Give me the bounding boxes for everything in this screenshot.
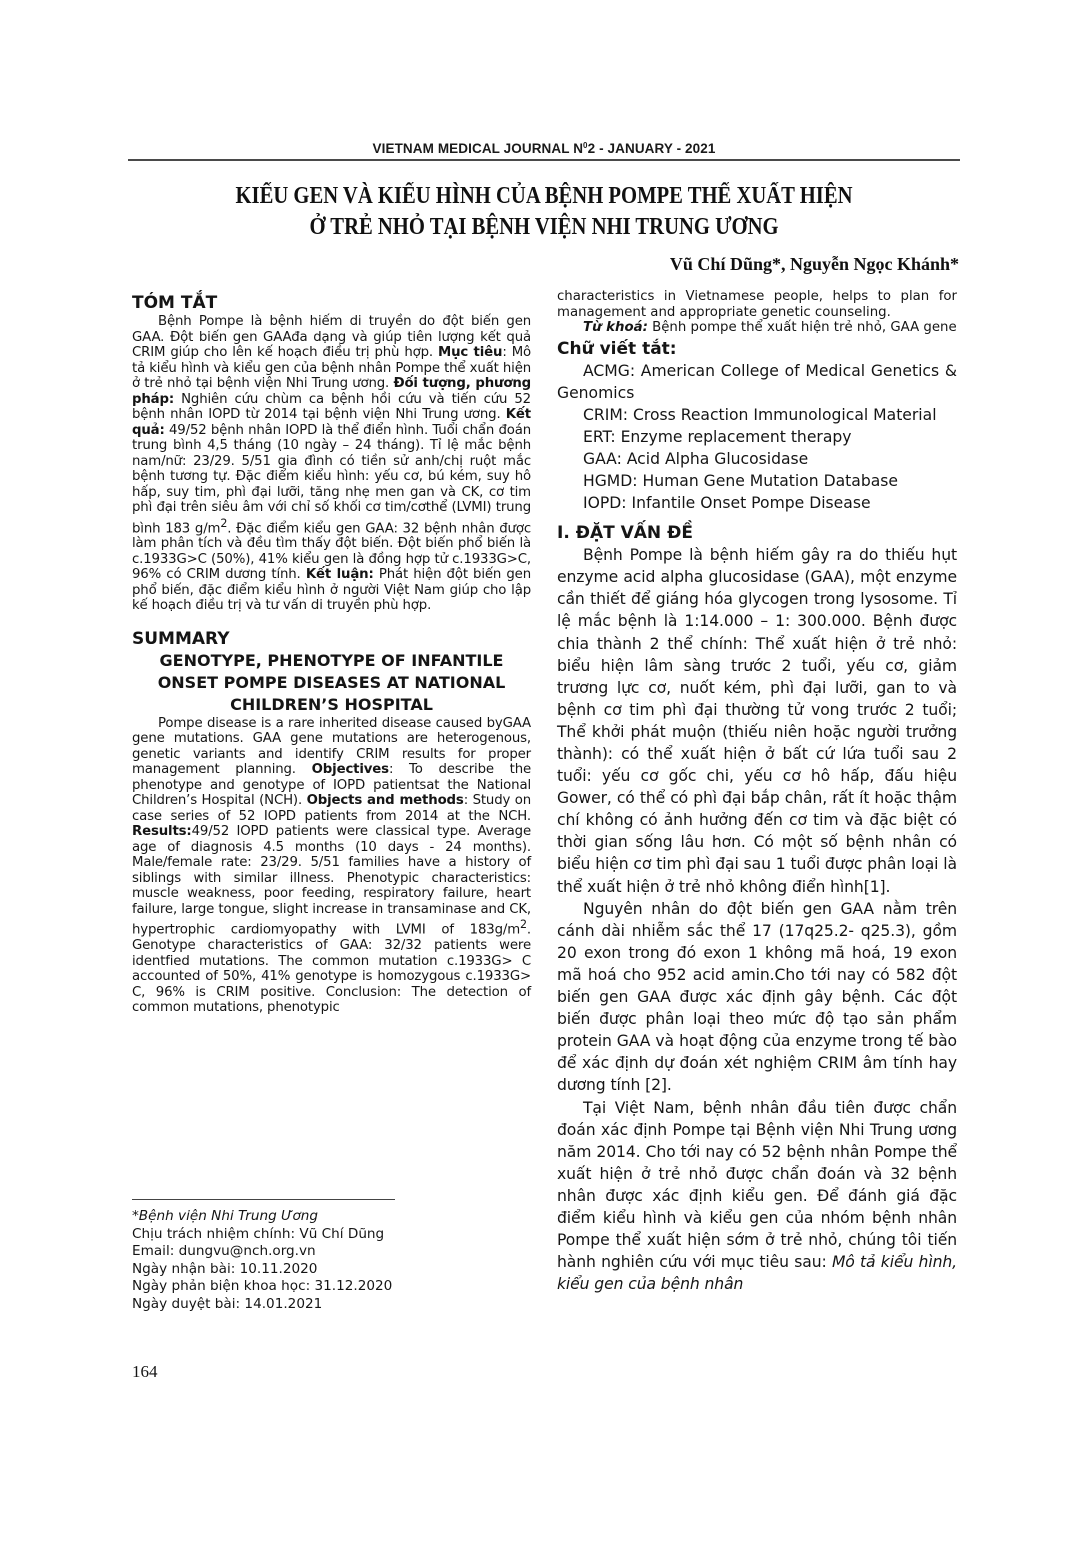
abstract-vi-paragraph: Bệnh Pompe là bệnh hiếm di truyền do đột… (132, 314, 531, 614)
abbreviation-item: CRIM: Cross Reaction Immunological Mater… (557, 404, 957, 426)
results-label-en: Results: (132, 824, 192, 839)
summary-continuation: characteristics in Vietnamese people, he… (557, 289, 957, 320)
reviewed-date: Ngày phản biện khoa học: 31.12.2020 (132, 1278, 392, 1296)
accepted-date: Ngày duyệt bài: 14.01.2021 (132, 1296, 392, 1314)
objectives-label: Objectives (312, 762, 389, 777)
abbreviation-item: ACMG: American College of Medical Geneti… (557, 360, 957, 404)
running-header: VIETNAM MEDICAL JOURNAL N02 - JANUARY - … (128, 141, 960, 156)
section-1-paragraph-3: Tại Việt Nam, bệnh nhân đầu tiên được ch… (557, 1097, 957, 1296)
footnotes: *Bệnh viện Nhi Trung Ương Chịu trách nhi… (132, 1208, 392, 1314)
objective-label: Mục tiêu (438, 345, 502, 360)
abbreviations-list: ACMG: American College of Medical Geneti… (557, 360, 957, 515)
paragraph-3-text: Tại Việt Nam, bệnh nhân đầu tiên được ch… (557, 1099, 957, 1272)
authors: Vũ Chí Dũng*, Nguyễn Ngọc Khánh* (670, 254, 959, 275)
page-number: 164 (132, 1362, 158, 1382)
left-column: TÓM TẮT Bệnh Pompe là bệnh hiếm di truyề… (132, 292, 531, 1016)
abbreviation-item: GAA: Acid Alpha Glucosidase (557, 448, 957, 470)
section-1-paragraph-1: Bệnh Pompe là bệnh hiếm gây ra do thiếu … (557, 544, 957, 898)
abbreviation-item: ERT: Enzyme replacement therapy (557, 426, 957, 448)
abstract-vi-heading: TÓM TẮT (132, 292, 531, 314)
journal-name: VIETNAM MEDICAL JOURNAL N (373, 141, 584, 156)
title-line-2: Ở TRẺ NHỎ TẠI BỆNH VIỆN NHI TRUNG ƯƠNG (186, 212, 902, 243)
section-1-paragraph-2: Nguyên nhân do đột biến gen GAA nằm trên… (557, 898, 957, 1097)
corresponding-author: Chịu trách nhiệm chính: Vũ Chí Dũng (132, 1226, 392, 1244)
footnote-rule (132, 1199, 395, 1200)
results-text: 49/52 bệnh nhân IOPD là thể điển hình. T… (132, 423, 531, 536)
journal-page: VIETNAM MEDICAL JOURNAL N02 - JANUARY - … (0, 0, 1090, 1541)
header-rule (128, 159, 960, 161)
abbreviation-item: HGMD: Human Gene Mutation Database (557, 470, 957, 492)
title-line-1: KIỂU GEN VÀ KIỂU HÌNH CỦA BỆNH POMPE THỂ… (186, 181, 902, 212)
abbreviation-item: IOPD: Infantile Onset Pompe Disease (557, 492, 957, 514)
conclusion-label: Kết luận: (306, 567, 374, 582)
keywords: Từ khoá: Bệnh pompe thể xuất hiện trẻ nh… (557, 320, 957, 336)
summary-heading: SUMMARY (132, 628, 531, 650)
section-1-heading: I. ĐẶT VẤN ĐỀ (557, 522, 957, 544)
email: Email: dungvu@nch.org.vn (132, 1243, 392, 1261)
keywords-label: Từ khoá: (583, 320, 648, 335)
results-text-en: 49/52 IOPD patients were classical type.… (132, 824, 531, 937)
affiliation: *Bệnh viện Nhi Trung Ương (132, 1208, 392, 1226)
methods-text: Nghiên cứu chùm ca bệnh hồi cứu và tiến … (132, 392, 531, 423)
abstract-en-paragraph: Pompe disease is a rare inherited diseas… (132, 716, 531, 1016)
right-column: characteristics in Vietnamese people, he… (557, 289, 957, 1295)
keywords-text: Bệnh pompe thể xuất hiện trẻ nhỏ, GAA ge… (648, 320, 957, 335)
article-title: KIỂU GEN VÀ KIỂU HÌNH CỦA BỆNH POMPE THỂ… (186, 181, 902, 243)
abbreviations-heading: Chữ viết tắt: (557, 338, 957, 360)
methods-label-en: Objects and methods (307, 793, 464, 808)
received-date: Ngày nhận bài: 10.11.2020 (132, 1261, 392, 1279)
issue-date: 2 - JANUARY - 2021 (588, 141, 716, 156)
english-title: GENOTYPE, PHENOTYPE OF INFANTILE ONSET P… (132, 650, 531, 716)
superscript-en: 2 (520, 918, 527, 931)
